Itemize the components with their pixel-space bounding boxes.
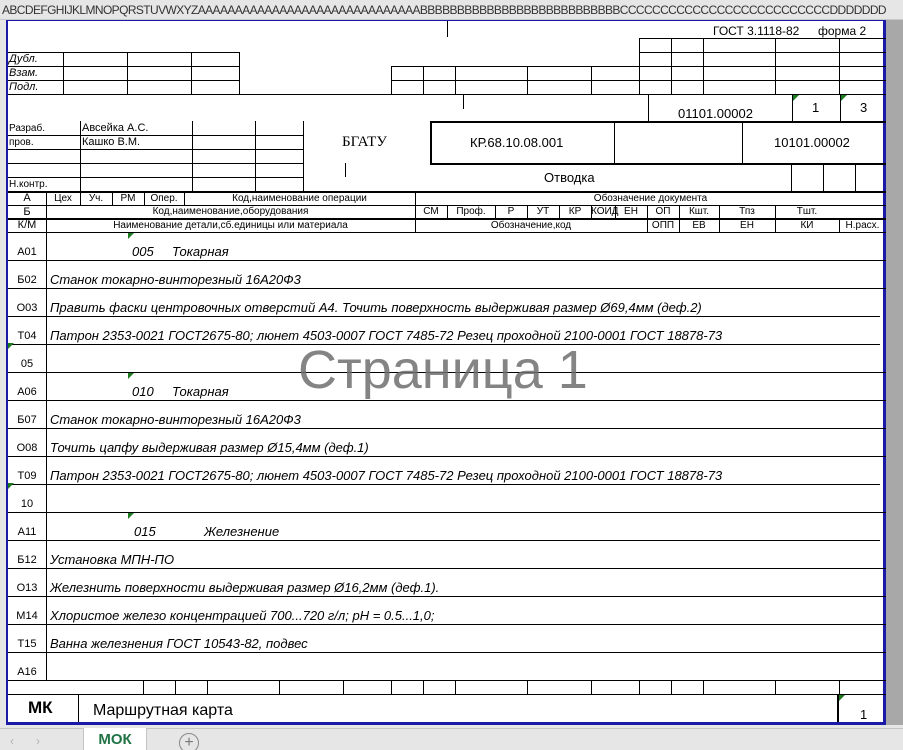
prev-sheet-arrow-icon[interactable]: ‹ xyxy=(10,734,14,748)
col-material: Наименование детали,сб.единицы или матер… xyxy=(46,220,415,231)
col-prefix-km: К/М xyxy=(8,219,46,231)
dubl-label: Дубл. xyxy=(9,53,38,65)
row-text: Править фаски центровочных отверстий А4.… xyxy=(50,300,702,315)
row-text: Патрон 2353-0021 ГОСТ2675-80; люнет 4503… xyxy=(50,468,722,483)
table-row[interactable]: А16 xyxy=(8,652,886,680)
operation-name: Токарная xyxy=(172,384,229,399)
col-km-1: ЕВ xyxy=(679,220,719,231)
col-km-4: Н.расх. xyxy=(839,220,886,231)
row-code: О13 xyxy=(8,582,46,594)
col-km-0: ОПП xyxy=(647,220,679,231)
col-op-name: Код,наименование операции xyxy=(184,193,415,204)
footer-code: МК xyxy=(28,698,53,718)
row-code: 10 xyxy=(8,498,46,510)
col-oper: Опер. xyxy=(144,193,184,204)
sheet-total: 3 xyxy=(860,100,867,115)
table-row[interactable]: 10 xyxy=(8,484,886,512)
part-name: Отводка xyxy=(544,170,595,185)
code-top: 01101.00002 xyxy=(678,106,753,121)
col-b-3: УТ xyxy=(527,206,559,217)
col-b-0: СМ xyxy=(415,206,447,217)
col-km-2: ЕН xyxy=(719,220,775,231)
row-code: А16 xyxy=(8,666,46,678)
nkontr-label: Н.контр. xyxy=(9,179,48,190)
operation-number: 015 xyxy=(134,524,156,539)
col-rm: РМ xyxy=(112,193,144,204)
operation-name: Токарная xyxy=(172,244,229,259)
vzam-label: Взам. xyxy=(9,67,38,79)
row-code: Б07 xyxy=(8,414,46,426)
row-text: Точить цапфу выдерживая размер Ø15,4мм (… xyxy=(50,440,369,455)
row-code: А11 xyxy=(8,526,46,538)
column-header-bar[interactable]: ABCDEFGHIJKLMNOPQRSTUVWXYZAAAAAAAAAAAAAA… xyxy=(0,0,903,20)
table-row[interactable]: А01005Токарная xyxy=(8,232,886,260)
doc-code: КР.68.10.08.001 xyxy=(470,135,563,150)
col-prefix-b: Б xyxy=(8,206,46,218)
footer-title: Маршрутная карта xyxy=(93,702,233,720)
table-row[interactable]: О08Точить цапфу выдерживая размер Ø15,4м… xyxy=(8,428,886,456)
col-b-2: Р xyxy=(495,206,527,217)
col-b-6: ЕН xyxy=(615,206,647,217)
row-code: Б12 xyxy=(8,554,46,566)
prov-label: пров. xyxy=(9,137,34,148)
col-equipment: Код,наименование,оборудования xyxy=(46,206,415,217)
table-row[interactable]: Т15Ванна железнения ГОСТ 10543-82, подве… xyxy=(8,624,886,652)
page-break-area xyxy=(886,20,903,725)
col-doc: Обозначение документа xyxy=(415,193,886,204)
page-watermark: Страница 1 xyxy=(298,339,588,401)
table-row[interactable]: А11015Железнение xyxy=(8,512,886,540)
razrab-name: Авсейка А.С. xyxy=(82,122,148,134)
row-code: Т09 xyxy=(8,470,46,482)
table-row[interactable]: О13 Железнить поверхности выдерживая раз… xyxy=(8,568,886,596)
razrab-label: Разраб. xyxy=(9,123,45,134)
prov-name: Кашко В.М. xyxy=(82,136,140,148)
row-code: Т04 xyxy=(8,330,46,342)
col-b-1: Проф. xyxy=(447,206,495,217)
row-text: Установка МПН-ПО xyxy=(50,552,174,567)
sheet-tab-mok[interactable]: МОК xyxy=(83,728,147,750)
row-code: А01 xyxy=(8,246,46,258)
row-text: Станок токарно-винторезный 16А20Ф3 xyxy=(50,272,301,287)
row-code: Т15 xyxy=(8,638,46,650)
row-code: 05 xyxy=(8,358,46,370)
table-row[interactable]: Т09Патрон 2353-0021 ГОСТ2675-80; люнет 4… xyxy=(8,456,886,484)
organization: БГАТУ xyxy=(342,134,387,151)
footer-page: 1 xyxy=(860,707,867,722)
code-right: 10101.00002 xyxy=(774,135,850,150)
route-card-sheet: ГОСТ 3.1118-82 форма 2 Дубл. Взам. Подл.… xyxy=(6,20,886,725)
col-b-4: КР xyxy=(559,206,591,217)
table-row[interactable]: О03Править фаски центровочных отверстий … xyxy=(8,288,886,316)
row-code: А06 xyxy=(8,386,46,398)
row-text: Железнить поверхности выдерживая размер … xyxy=(50,580,439,595)
form-label: форма 2 xyxy=(818,24,866,38)
col-b-9: Тпз xyxy=(719,206,775,217)
col-uch: Уч. xyxy=(80,193,112,204)
sheet-number: 1 xyxy=(812,100,819,115)
add-sheet-icon[interactable]: + xyxy=(179,733,199,750)
operation-number: 005 xyxy=(132,244,154,259)
col-b-8: Кшт. xyxy=(679,206,719,217)
table-row[interactable]: Б02Станок токарно-винторезный 16А20Ф3 xyxy=(8,260,886,288)
standard-label: ГОСТ 3.1118-82 xyxy=(713,24,799,38)
row-code: М14 xyxy=(8,610,46,622)
col-prefix-a: А xyxy=(8,192,46,204)
table-row[interactable]: М14 Хлористое железо концентрацией 700..… xyxy=(8,596,886,624)
col-ceh: Цех xyxy=(46,193,80,204)
row-code: О03 xyxy=(8,302,46,314)
operation-number: 010 xyxy=(132,384,154,399)
row-text: Ванна железнения ГОСТ 10543-82, подвес xyxy=(50,636,308,651)
operation-name: Железнение xyxy=(204,524,279,539)
col-km-3: КИ xyxy=(775,220,839,231)
table-row[interactable]: Б07Станок токарно-винторезный 16А20Ф3 xyxy=(8,400,886,428)
col-b-10: Тшт. xyxy=(775,206,839,217)
row-text: Хлористое железо концентрацией 700...720… xyxy=(50,608,435,623)
row-text: Станок токарно-винторезный 16А20Ф3 xyxy=(50,412,301,427)
next-sheet-arrow-icon[interactable]: › xyxy=(36,734,40,748)
row-code: О08 xyxy=(8,442,46,454)
col-designation-code: Обозначение,код xyxy=(415,220,647,231)
col-b-5: КОИД xyxy=(591,206,615,217)
podl-label: Подл. xyxy=(9,81,38,93)
table-row[interactable]: Б12Установка МПН-ПО xyxy=(8,540,886,568)
col-b-7: ОП xyxy=(647,206,679,217)
row-code: Б02 xyxy=(8,274,46,286)
